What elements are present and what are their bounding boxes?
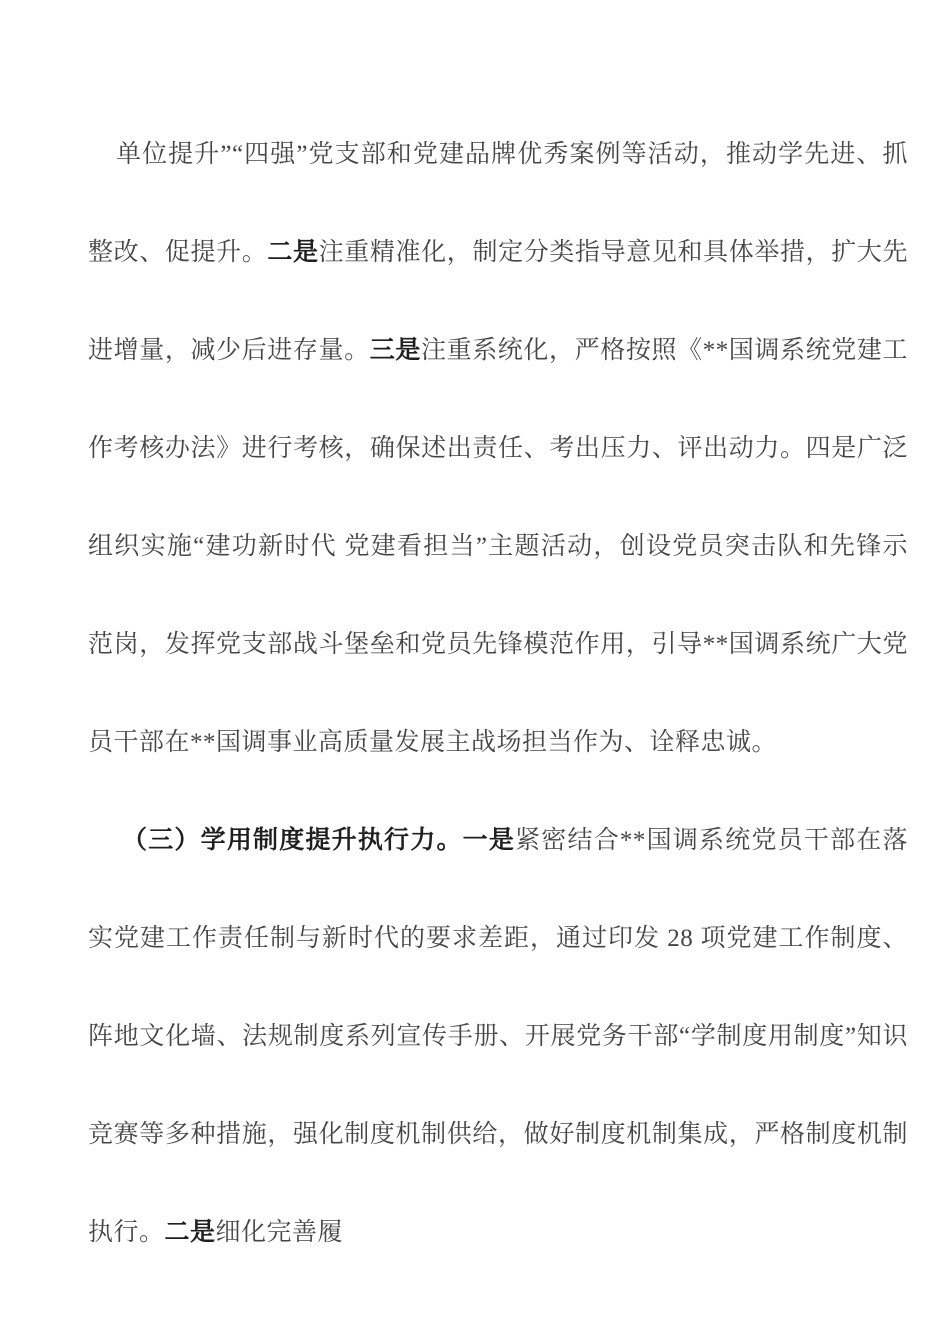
- text-run: 注重系统化，严格按照《**国调系统党建工作考核办法》进行考核，确保述出责任、考出…: [88, 337, 908, 756]
- bold-run-section-heading: （三）学用制度提升执行力。一是: [122, 827, 515, 854]
- paragraph-continued: 单位提升”“四强”党支部和党建品牌优秀案例等活动，推动学先进、抓整改、促提升。二…: [88, 106, 908, 792]
- bold-run-erShi: 二是: [267, 239, 318, 266]
- bold-run-erShi: 二是: [165, 1219, 216, 1246]
- text-run: 细化完善履: [216, 1219, 344, 1246]
- bold-run-sanShi: 三是: [370, 337, 421, 364]
- document-page: 单位提升”“四强”党支部和党建品牌优秀案例等活动，推动学先进、抓整改、促提升。二…: [0, 0, 950, 1344]
- text-run: 紧密结合**国调系统党员干部在落实党建工作责任制与新时代的要求差距，通过印发 2…: [88, 827, 908, 1246]
- paragraph-section-three: （三）学用制度提升执行力。一是紧密结合**国调系统党员干部在落实党建工作责任制与…: [88, 792, 908, 1282]
